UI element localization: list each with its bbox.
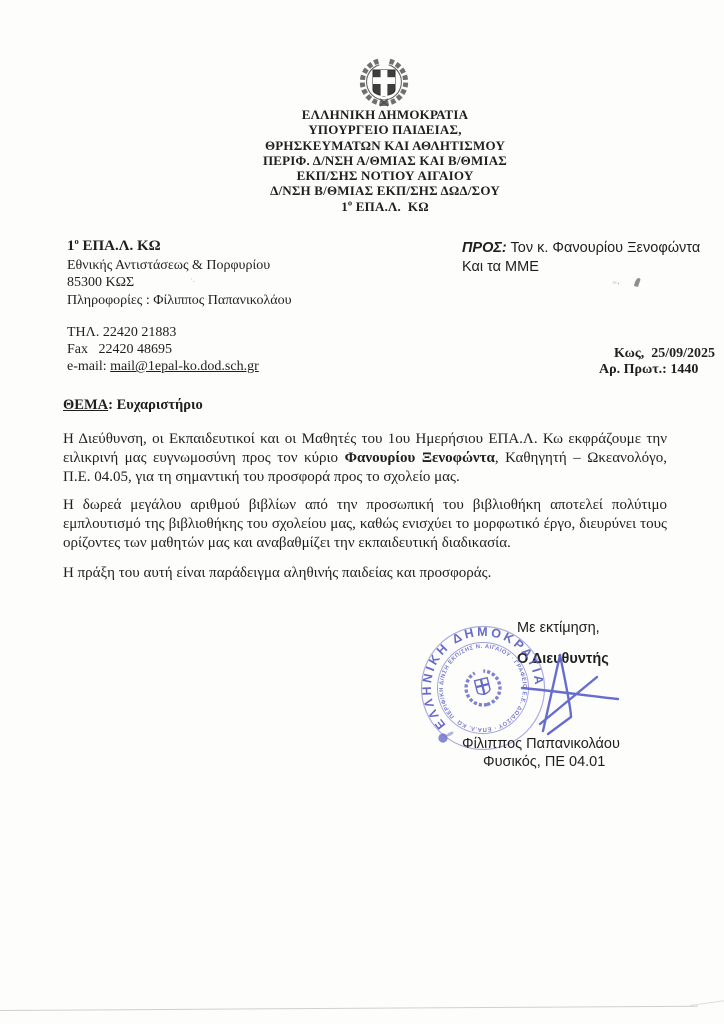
- paragraph-3: Η πράξη του αυτή είναι παράδειγμα αληθιν…: [63, 564, 667, 583]
- recipient-line-2: Και τα ΜΜΕ: [462, 258, 700, 277]
- scan-edge-line: [690, 1000, 724, 1006]
- paragraph-2: Η δωρεά μεγάλου αριθμού βιβλίων από την …: [63, 496, 667, 553]
- sender-school-name: 1ο ΕΠΑ.Λ. ΚΩ: [67, 238, 292, 255]
- recipient-block: ΠΡΟΣ: Τον κ. Φανουρίου Ξενοφώντα Και τα …: [462, 239, 700, 276]
- letterhead-line: Δ/ΝΣΗ Β/ΘΜΙΑΣ ΕΚΠ/ΣΗΣ ΔΩΔ/ΣΟΥ: [205, 183, 565, 198]
- sender-block: 1ο ΕΠΑ.Λ. ΚΩ Εθνικής Αντιστάσεως & Πορφυ…: [67, 238, 292, 375]
- letter-body: Η Διεύθυνση, οι Εκπαιδευτικοί και οι Μαθ…: [63, 430, 667, 583]
- letterhead: ΕΛΛΗΝΙΚΗ ΔΗΜΟΚΡΑΤΙΑ ΥΠΟΥΡΓΕΙΟ ΠΑΙΔΕΙΑΣ, …: [205, 107, 565, 214]
- scan-smudge: ₌.: [612, 276, 620, 287]
- letterhead-line: ΕΚΠ/ΣΗΣ ΝΟΤΙΟΥ ΑΙΓΑΙΟΥ: [205, 168, 565, 183]
- scanned-letter-page: ΕΛΛΗΝΙΚΗ ΔΗΜΟΚΡΑΤΙΑ ΥΠΟΥΡΓΕΙΟ ΠΑΙΔΕΙΑΣ, …: [0, 0, 724, 1024]
- letterhead-line: ΠΕΡΙΦ. Δ/ΝΣΗ Α/ΘΜΙΑΣ ΚΑΙ Β/ΘΜΙΑΣ: [205, 153, 565, 168]
- sender-address: Εθνικής Αντιστάσεως & Πορφυρίου: [67, 257, 292, 274]
- cross-shield: [373, 70, 395, 96]
- scan-edge-line: [0, 1006, 698, 1011]
- protocol-number: Αρ. Πρωτ.: 1440: [599, 362, 698, 378]
- sender-email-line: e-mail: mail@1epal-ko.dod.sch.gr: [67, 358, 292, 375]
- handwritten-signature: [425, 628, 635, 748]
- subject-line: ΘΕΜΑ: Ευχαριστήριο: [63, 397, 203, 414]
- signer-name: Φίλιππος Παπανικολάου: [462, 736, 620, 752]
- sender-contact-person: Πληροφορίες : Φίλιππος Παπανικολάου: [67, 292, 292, 309]
- sender-email: mail@1epal-ko.dod.sch.gr: [110, 359, 259, 374]
- place-and-date: Κως, 25/09/2025: [614, 346, 715, 362]
- greek-coat-of-arms-icon: [353, 55, 415, 108]
- scan-smudge: ·: [676, 250, 679, 260]
- subject-value: Ευχαριστήριο: [117, 397, 203, 413]
- paragraph-1: Η Διεύθυνση, οι Εκπαιδευτικοί και οι Μαθ…: [63, 430, 667, 487]
- letterhead-line: ΥΠΟΥΡΓΕΙΟ ΠΑΙΔΕΙΑΣ,: [205, 122, 565, 137]
- honoree-name: Φανουρίου Ξενοφώντα: [345, 450, 495, 466]
- sender-fax: Fax 22420 48695: [67, 341, 292, 358]
- signer-role: Φυσικός, ΠΕ 04.01: [483, 754, 605, 770]
- recipient-line-1: ΠΡΟΣ: Τον κ. Φανουρίου Ξενοφώντα: [462, 239, 700, 258]
- sender-phone: ΤΗΛ. 22420 21883: [67, 324, 292, 341]
- subject-label: ΘΕΜΑ: [63, 397, 108, 413]
- letterhead-line: ΕΛΛΗΝΙΚΗ ΔΗΜΟΚΡΑΤΙΑ: [205, 107, 565, 122]
- scan-smudge: [630, 274, 646, 290]
- scan-smudge: ·.: [190, 274, 195, 284]
- sender-postal: 85300 ΚΩΣ: [67, 274, 292, 291]
- recipient-label: ΠΡΟΣ:: [462, 240, 507, 256]
- letterhead-school-line: 1ο ΕΠΑ.Λ. ΚΩ: [205, 199, 565, 214]
- letterhead-line: ΘΡΗΣΚΕΥΜΑΤΩΝ ΚΑΙ ΑΘΛΗΤΙΣΜΟΥ: [205, 138, 565, 153]
